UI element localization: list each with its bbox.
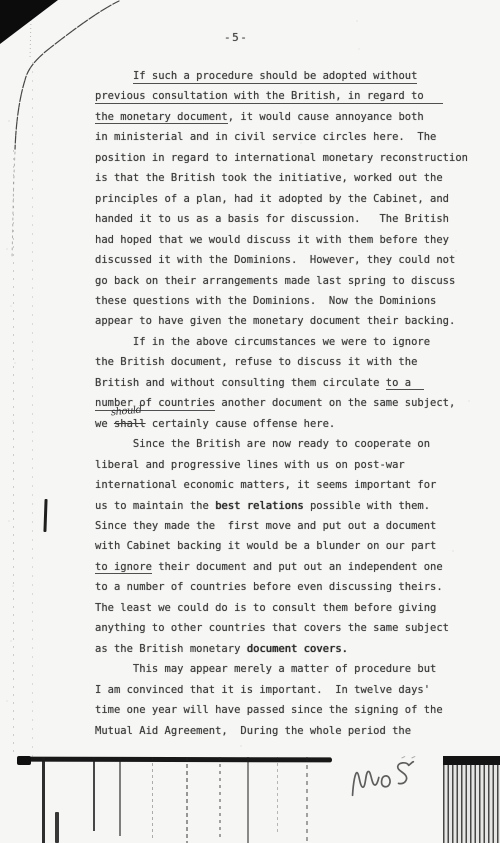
handwritten-correction: should [110,400,142,423]
text-line: number of countries another document on … [95,393,468,413]
text-line: handed it to us as a basis for discussio… [95,209,468,229]
scan-mark-artifact [43,499,47,532]
text-line: I am convinced that it is important. In … [95,680,468,700]
handwritten-mark [344,756,422,802]
text-line: to a number of countries before even dis… [95,577,468,597]
text-line: position in regard to international mone… [95,148,468,168]
text-line: British and without consulting them circ… [95,373,468,393]
text-line: discussed it with the Dominions. However… [95,250,468,270]
text-line: the monetary document, it would cause an… [95,107,468,127]
text-line: liberal and progressive lines with us on… [95,455,468,475]
text-line: in ministerial and in civil service circ… [95,127,468,147]
text-line: with Cabinet backing it would be a blund… [95,536,468,556]
text-line: had hoped that we would discuss it with … [95,230,468,250]
text-line: principles of a plan, had it adopted by … [95,189,468,209]
text-line: as the British monetary document covers. [95,639,468,659]
scan-corner-fold-artifact [0,0,58,44]
scan-band-artifact [17,757,332,763]
text-line: these questions with the Dominions. Now … [95,291,468,311]
text-line: we shallshould certainly cause offense h… [95,414,468,434]
text-line: Since the British are now ready to coope… [95,434,468,454]
text-line: go back on their arrangements made last … [95,271,468,291]
text-line: appear to have given the monetary docume… [95,311,468,331]
text-line: is that the British took the initiative,… [95,168,468,188]
text-line: us to maintain the best relations possib… [95,496,468,516]
scan-striation-block-artifact [443,756,500,843]
text-line: Mutual Aid Agreement, During the whole p… [95,721,468,741]
text-line: This may appear merely a matter of proce… [95,659,468,679]
text-line: If such a procedure should be adopted wi… [95,66,468,86]
text-line: the British document, refuse to discuss … [95,352,468,372]
noise-speckles [0,0,2,2]
scanned-document-page: -5- If such a procedure should be adopte… [0,0,500,843]
scan-streak-artifact [32,62,33,758]
text-line: previous consultation with the British, … [95,86,468,106]
text-line: If in the above circumstances we were to… [95,332,468,352]
text-line: Since they made the first move and put o… [95,516,468,536]
text-line: The least we could do is to consult them… [95,598,468,618]
document-body: If such a procedure should be adopted wi… [95,66,468,741]
text-line: to ignore their document and put out an … [95,557,468,577]
scan-streak-artifact [13,150,14,758]
scan-band-artifact [17,756,31,765]
text-line: international economic matters, it seems… [95,475,468,495]
page-number: -5- [224,31,248,44]
text-line: anything to other countries that covers … [95,618,468,638]
text-line: time one year will have passed since the… [95,700,468,720]
